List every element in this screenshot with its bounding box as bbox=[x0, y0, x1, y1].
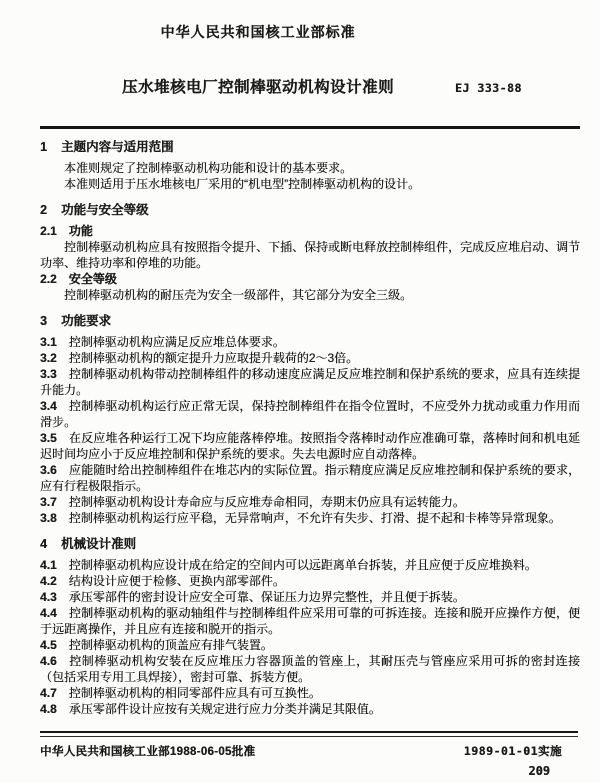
clause-4-5-number: 4.5 bbox=[40, 638, 57, 652]
header-divider bbox=[40, 126, 580, 129]
clause-4-5-text: 控制棒驱动机构的顶盖应有排气装置。 bbox=[69, 638, 273, 652]
clause-3-7: 3.7控制棒驱动机构设计寿命应与反应堆寿命相同，寿期末仍应具有运转能力。 bbox=[40, 494, 580, 510]
clause-4-1-text: 控制棒驱动机构应设计成在给定的空间内可以远距离单台拆装，并且应便于反应堆换料。 bbox=[69, 558, 537, 572]
clause-4-6-number: 4.6 bbox=[40, 654, 57, 668]
clause-4-2: 4.2结构设计应便于检修、更换内部零部件。 bbox=[40, 573, 580, 589]
clause-4-3-number: 4.3 bbox=[40, 590, 57, 604]
clause-3-6: 3.6应能随时给出控制棒组件在堆芯内的实际位置。指示精度应满足反应堆控制和保护系… bbox=[40, 462, 580, 494]
clause-3-5-text: 在反应堆各种运行工况下均应能落棒停堆。按照指令落棒时动作应准确可靠，落棒时间和机… bbox=[40, 431, 580, 461]
clause-4-5: 4.5控制棒驱动机构的顶盖应有排气装置。 bbox=[40, 637, 580, 653]
clause-4-1: 4.1控制棒驱动机构应设计成在给定的空间内可以远距离单台拆装，并且应便于反应堆换… bbox=[40, 557, 580, 573]
subsection-2-1-body: 控制棒驱动机构应具有按照指令提升、下插、保持或断电释放控制棒组件，完成反应堆启动… bbox=[40, 239, 580, 271]
clause-3-5: 3.5在反应堆各种运行工况下均应能落棒停堆。按照指令落棒时动作应准确可靠，落棒时… bbox=[40, 430, 580, 462]
clause-3-4-text: 控制棒驱动机构运行应正常无误，保持控制棒组件在指令位置时，不应受外力扰动或重力作… bbox=[40, 399, 580, 429]
approval-note: 中华人民共和国核工业部1988-06-05批准 bbox=[40, 743, 255, 759]
clause-4-8: 4.8承压零部件设计应按有关规定进行应力分类并满足其限值。 bbox=[40, 701, 580, 717]
title-row: 压水堆核电厂控制棒驱动机构设计准则 EJ 333-88 bbox=[40, 76, 580, 100]
clause-3-7-text: 控制棒驱动机构设计寿命应与反应堆寿命相同，寿期末仍应具有运转能力。 bbox=[69, 495, 465, 509]
subsection-2-1-title: 功能 bbox=[69, 224, 93, 238]
clause-4-3: 4.3承压零部件的密封设计应安全可靠、保证压力边界完整性，并且便于拆装。 bbox=[40, 589, 580, 605]
clause-4-4-number: 4.4 bbox=[40, 606, 57, 620]
document-title: 压水堆核电厂控制棒驱动机构设计准则 bbox=[122, 76, 394, 100]
clause-4-1-number: 4.1 bbox=[40, 558, 57, 572]
standard-org-header: 中华人民共和国核工业部标准 bbox=[40, 24, 476, 40]
section-4-title: 机械设计准则 bbox=[61, 537, 136, 551]
document-body: 1主题内容与适用范围 本准则规定了控制棒驱动机构功能和设计的基本要求。 本准则适… bbox=[40, 139, 580, 717]
subsection-2-2-body: 控制棒驱动机构的耐压壳为安全一级部件，其它部分为安全三级。 bbox=[40, 287, 580, 303]
clause-3-3-number: 3.3 bbox=[40, 367, 57, 381]
page-footer: 中华人民共和国核工业部1988-06-05批准 1989-01-01实施 209 bbox=[40, 731, 578, 778]
subsection-2-2-heading: 2.2安全等级 bbox=[40, 271, 580, 287]
org-header-wrap: 中华人民共和国核工业部标准 bbox=[40, 24, 476, 40]
clause-3-5-number: 3.5 bbox=[40, 431, 57, 445]
footer-divider bbox=[40, 731, 578, 737]
clause-3-3: 3.3控制棒驱动机构带动控制棒组件的移动速度应满足反应堆控制和保护系统的要求，应… bbox=[40, 366, 580, 398]
section-1-title: 主题内容与适用范围 bbox=[61, 140, 174, 154]
clause-3-3-text: 控制棒驱动机构带动控制棒组件的移动速度应满足反应堆控制和保护系统的要求，应具有连… bbox=[40, 367, 580, 397]
subsection-2-1-heading: 2.1功能 bbox=[40, 223, 580, 239]
clause-4-6: 4.6控制棒驱动机构安装在反应堆压力容器顶盖的管座上，其耐压壳与管座应采用可拆的… bbox=[40, 653, 580, 685]
clause-4-7: 4.7控制棒驱动机构的相同零部件应具有可互换性。 bbox=[40, 685, 580, 701]
clause-3-1: 3.1控制棒驱动机构应满足反应堆总体要求。 bbox=[40, 334, 580, 350]
section-1-heading: 1主题内容与适用范围 bbox=[40, 139, 580, 155]
standard-number: EJ 333-88 bbox=[455, 81, 522, 95]
clause-4-7-number: 4.7 bbox=[40, 686, 57, 700]
clause-4-4-text: 控制棒驱动机构的驱动轴组件与控制棒组件应采用可靠的可拆连接。连接和脱开应操作方便… bbox=[40, 606, 580, 636]
clause-3-2-text: 控制棒驱动机构的额定提升力应取提升载荷的2～3倍。 bbox=[69, 351, 358, 365]
clause-4-2-text: 结构设计应便于检修、更换内部零部件。 bbox=[69, 574, 285, 588]
section-2-heading: 2功能与安全等级 bbox=[40, 202, 580, 218]
clause-4-7-text: 控制棒驱动机构的相同零部件应具有可互换性。 bbox=[69, 686, 321, 700]
section-3-number: 3 bbox=[40, 314, 47, 328]
effective-date: 1989-01-01实施 bbox=[464, 743, 562, 759]
clause-3-8-number: 3.8 bbox=[40, 511, 57, 525]
clause-3-7-number: 3.7 bbox=[40, 495, 57, 509]
subsection-2-2-title: 安全等级 bbox=[69, 272, 117, 286]
clause-4-2-number: 4.2 bbox=[40, 574, 57, 588]
section-3-title: 功能要求 bbox=[61, 314, 111, 328]
clause-3-2: 3.2控制棒驱动机构的额定提升力应取提升载荷的2～3倍。 bbox=[40, 350, 580, 366]
section-4-number: 4 bbox=[40, 537, 47, 551]
clause-3-2-number: 3.2 bbox=[40, 351, 57, 365]
clause-4-3-text: 承压零部件的密封设计应安全可靠、保证压力边界完整性，并且便于拆装。 bbox=[69, 590, 465, 604]
section-1-number: 1 bbox=[40, 140, 47, 154]
clause-3-4-number: 3.4 bbox=[40, 399, 57, 413]
clause-4-4: 4.4控制棒驱动机构的驱动轴组件与控制棒组件应采用可靠的可拆连接。连接和脱开应操… bbox=[40, 605, 580, 637]
clause-3-8: 3.8控制棒驱动机构运行应平稳，无异常响声，不允许有失步、打滑、提不起和卡棒等异… bbox=[40, 510, 580, 526]
section-4-heading: 4机械设计准则 bbox=[40, 536, 580, 552]
clause-4-8-number: 4.8 bbox=[40, 702, 57, 716]
clause-3-8-text: 控制棒驱动机构运行应平稳，无异常响声，不允许有失步、打滑、提不起和卡棒等异常现象… bbox=[69, 511, 561, 525]
clause-4-8-text: 承压零部件设计应按有关规定进行应力分类并满足其限值。 bbox=[69, 702, 381, 716]
page-number: 209 bbox=[40, 764, 578, 778]
clause-4-6-text: 控制棒驱动机构安装在反应堆压力容器顶盖的管座上，其耐压壳与管座应采用可拆的密封连… bbox=[40, 654, 580, 684]
section-1-paragraph-1: 本准则规定了控制棒驱动机构功能和设计的基本要求。 bbox=[40, 160, 580, 176]
subsection-2-1-number: 2.1 bbox=[40, 224, 57, 238]
section-3-heading: 3功能要求 bbox=[40, 313, 580, 329]
clause-3-1-text: 控制棒驱动机构应满足反应堆总体要求。 bbox=[69, 335, 285, 349]
clause-3-6-number: 3.6 bbox=[40, 463, 57, 477]
footer-row: 中华人民共和国核工业部1988-06-05批准 1989-01-01实施 bbox=[40, 743, 578, 759]
section-2-number: 2 bbox=[40, 203, 47, 217]
clause-3-6-text: 应能随时给出控制棒组件在堆芯内的实际位置。指示精度应满足反应堆控制和保护系统的要… bbox=[40, 463, 580, 493]
subsection-2-2-number: 2.2 bbox=[40, 272, 57, 286]
clause-3-4: 3.4控制棒驱动机构运行应正常无误，保持控制棒组件在指令位置时，不应受外力扰动或… bbox=[40, 398, 580, 430]
document-page: 中华人民共和国核工业部标准 压水堆核电厂控制棒驱动机构设计准则 EJ 333-8… bbox=[0, 0, 600, 783]
section-1-paragraph-2: 本准则适用于压水堆核电厂采用的“机电型”控制棒驱动机构的设计。 bbox=[40, 176, 580, 192]
section-2-title: 功能与安全等级 bbox=[61, 203, 149, 217]
title-wrap: 压水堆核电厂控制棒驱动机构设计准则 bbox=[40, 76, 476, 100]
clause-3-1-number: 3.1 bbox=[40, 335, 57, 349]
